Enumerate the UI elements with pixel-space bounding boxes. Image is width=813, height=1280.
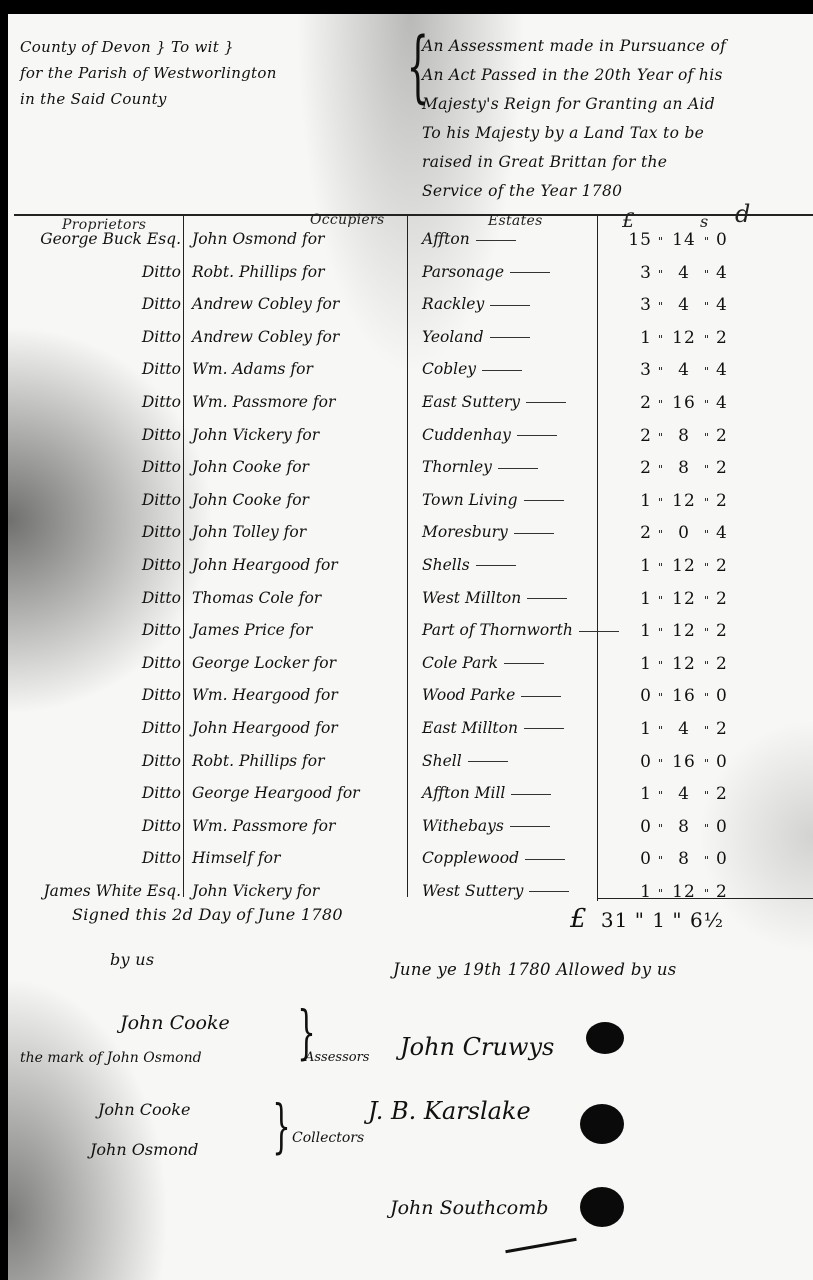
estate-cell: Moresbury [422,523,554,541]
shillings-value: 4 [670,295,698,315]
header-act-line-3: Majesty's Reign for Granting an Aid [422,90,726,119]
pence-value: 4 [716,263,738,283]
amount-separator: " [698,463,716,476]
proprietor-cell: Ditto [142,621,181,639]
estate-cell: West Suttery [422,882,569,900]
estate-dash [517,435,557,436]
collectors-brace: } [272,1092,290,1160]
occupier-cell: Andrew Cobley for [192,328,339,346]
proprietor-cell: Ditto [142,295,181,313]
amount-separator: " [698,235,716,248]
estate-dash [504,663,544,664]
proprietor-cell: Ditto [142,263,181,281]
shillings-value: 12 [670,654,698,674]
amount-separator: " [698,528,716,541]
collectors-label: Collectors [292,1130,364,1146]
amount-cell: 1"4"2 [620,719,738,739]
pence-value: 4 [716,393,738,413]
assessor-signature-john-osmond-mark: the mark of John Osmond [20,1050,202,1066]
occupier-cell: Andrew Cobley for [192,295,339,313]
pence-value: 2 [716,719,738,739]
amount-cell: 3"4"4 [620,360,738,380]
estate-name: Affton [422,230,470,248]
amount-cell: 0"8"0 [620,849,738,869]
header-act-line-4: To his Majesty by a Land Tax to be [422,119,726,148]
pence-value: 2 [716,882,738,902]
amount-separator: " [652,463,670,476]
pounds-value: 1 [620,654,652,674]
pence-value: 2 [716,654,738,674]
collector-signature-john-osmond: John Osmond [90,1140,198,1159]
occupier-cell: Robt. Phillips for [192,752,325,770]
pounds-value: 1 [620,882,652,902]
table-row: George Buck Esq.John Osmond forAffton15"… [0,230,813,263]
occupier-cell: Wm. Passmore for [192,393,335,411]
amount-separator: " [652,691,670,704]
pounds-value: 1 [620,556,652,576]
header-county-line: County of Devon } To wit } [20,34,277,60]
pounds-value: 0 [620,752,652,772]
amount-separator: " [698,691,716,704]
amount-cell: 1"4"2 [620,784,738,804]
estate-cell: Parsonage [422,263,550,281]
amount-cell: 1"12"2 [620,556,738,576]
amount-cell: 2"8"2 [620,426,738,446]
amount-separator: " [698,887,716,900]
pence-value: 2 [716,491,738,511]
amount-cell: 1"12"2 [620,882,738,902]
pounds-value: 1 [620,589,652,609]
estate-dash [579,631,619,632]
signed-date-line: Signed this 2d Day of June 1780 [72,905,343,924]
column-header-pence: d [735,200,751,228]
shillings-value: 12 [670,589,698,609]
estate-dash [490,337,530,338]
pounds-value: 0 [620,686,652,706]
estate-name: East Millton [422,719,518,737]
commissioner-signature-cruwys: John Cruwys [400,1033,554,1061]
proprietor-cell: Ditto [142,393,181,411]
amount-cell: 1"12"2 [620,491,738,511]
proprietor-cell: George Buck Esq. [40,230,181,248]
estate-dash [476,240,516,241]
occupier-cell: John Vickery for [192,426,319,444]
pence-value: 2 [716,556,738,576]
table-row: DittoHimself forCopplewood0"8"0 [0,849,813,882]
pounds-value: 2 [620,426,652,446]
estate-dash [527,598,567,599]
proprietor-cell: Ditto [142,589,181,607]
occupier-cell: John Vickery for [192,882,319,900]
occupier-cell: Wm. Heargood for [192,686,338,704]
amount-separator: " [698,333,716,346]
estate-name: Moresbury [422,523,508,541]
amount-cell: 2"0"4 [620,523,738,543]
occupier-cell: Wm. Passmore for [192,817,335,835]
amount-separator: " [652,431,670,444]
total-shillings: 1 [652,908,666,932]
pence-value: 0 [716,230,738,250]
pence-value: 2 [716,784,738,804]
proprietor-cell: Ditto [142,784,181,802]
estate-cell: Town Living [422,491,564,509]
estate-name: Rackley [422,295,484,313]
amount-separator: " [652,496,670,509]
estate-cell: Rackley [422,295,530,313]
estate-dash [524,728,564,729]
estate-name: Yeoland [422,328,484,346]
shillings-value: 16 [670,393,698,413]
shillings-value: 8 [670,458,698,478]
header-act-line-6: Service of the Year 1780 [422,177,726,206]
pence-value: 2 [716,328,738,348]
pounds-value: 3 [620,295,652,315]
header-county-said-line: in the Said County [20,86,277,112]
estate-dash [476,565,516,566]
occupier-cell: George Heargood for [192,784,360,802]
shillings-value: 12 [670,621,698,641]
table-row: DittoWm. Heargood forWood Parke0"16"0 [0,686,813,719]
estate-name: Shell [422,752,462,770]
shillings-value: 4 [670,784,698,804]
estate-name: Cobley [422,360,476,378]
estate-cell: Thornley [422,458,538,476]
pounds-value: 1 [620,328,652,348]
shillings-value: 0 [670,523,698,543]
table-row: DittoGeorge Locker forCole Park1"12"2 [0,654,813,687]
allowed-date-line: June ye 19th 1780 Allowed by us [393,960,677,979]
table-row: DittoRobt. Phillips forShell0"16"0 [0,752,813,785]
occupier-cell: Thomas Cole for [192,589,321,607]
proprietor-cell: Ditto [142,360,181,378]
proprietor-cell: Ditto [142,817,181,835]
pounds-value: 0 [620,849,652,869]
amount-cell: 2"8"2 [620,458,738,478]
wax-seal-icon [586,1022,624,1054]
pounds-value: 0 [620,817,652,837]
estate-name: Town Living [422,491,518,509]
amount-separator: " [698,789,716,802]
proprietor-cell: Ditto [142,458,181,476]
proprietor-cell: James White Esq. [43,882,181,900]
table-row: DittoWm. Passmore forEast Suttery2"16"4 [0,393,813,426]
amount-separator: " [652,365,670,378]
amount-separator: " [652,398,670,411]
amount-separator: " [652,235,670,248]
amount-separator: " [652,268,670,281]
proprietor-cell: Ditto [142,328,181,346]
table-row: DittoWm. Adams forCobley3"4"4 [0,360,813,393]
pounds-value: 2 [620,458,652,478]
amount-cell: 3"4"4 [620,263,738,283]
estate-dash [510,826,550,827]
table-row: DittoJohn Tolley forMoresbury2"0"4 [0,523,813,556]
shillings-value: 12 [670,556,698,576]
amount-separator: " [652,757,670,770]
amount-cell: 1"12"2 [620,621,738,641]
estate-cell: Shells [422,556,516,574]
column-header-pounds: £ [622,208,635,232]
wax-seal-icon [580,1187,624,1227]
estate-cell: Part of Thornworth [422,621,619,639]
estate-dash [529,891,569,892]
header-act-line-5: raised in Great Brittan for the [422,148,726,177]
header-right: An Assessment made in Pursuance of An Ac… [422,32,726,206]
estate-cell: West Millton [422,589,567,607]
pence-value: 2 [716,458,738,478]
estate-name: Cole Park [422,654,498,672]
amount-cell: 1"12"2 [620,654,738,674]
shillings-value: 12 [670,882,698,902]
pounds-value: 1 [620,784,652,804]
table-row: DittoJohn Heargood forEast Millton1"4"2 [0,719,813,752]
table-row: DittoJohn Cooke forThornley2"8"2 [0,458,813,491]
occupier-cell: John Cooke for [192,491,309,509]
estate-name: West Suttery [422,882,523,900]
amount-cell: 0"16"0 [620,686,738,706]
shillings-value: 8 [670,426,698,446]
header-act-line-2: An Act Passed in the 20th Year of his [422,61,726,90]
amount-separator: " [698,300,716,313]
occupier-cell: Robt. Phillips for [192,263,325,281]
estate-name: Affton Mill [422,784,505,802]
estate-name: Shells [422,556,470,574]
table-row: DittoAndrew Cobley forRackley3"4"4 [0,295,813,328]
amount-separator: " [698,431,716,444]
column-header-occupiers: Occupiers [310,212,384,228]
estate-cell: Shell [422,752,508,770]
pounds-value: 3 [620,263,652,283]
shillings-value: 12 [670,491,698,511]
amount-separator: " [652,594,670,607]
total-pounds: 31 [601,908,628,932]
amount-cell: 2"16"4 [620,393,738,413]
occupier-cell: George Locker for [192,654,336,672]
assessment-rows: George Buck Esq.John Osmond forAffton15"… [0,230,813,914]
proprietor-cell: Ditto [142,491,181,509]
shillings-value: 8 [670,817,698,837]
total-pound-symbol: £ [570,904,587,934]
column-header-shillings: s [700,212,709,231]
pounds-value: 2 [620,393,652,413]
pounds-value: 1 [620,621,652,641]
amount-separator: " [698,398,716,411]
occupier-cell: John Heargood for [192,556,338,574]
shillings-value: 16 [670,686,698,706]
table-row: DittoJohn Cooke forTown Living1"12"2 [0,491,813,524]
estate-name: Parsonage [422,263,504,281]
estate-dash [526,402,566,403]
estate-name: Withebays [422,817,504,835]
amount-separator: " [652,789,670,802]
amount-separator: " [652,659,670,672]
pounds-value: 1 [620,719,652,739]
estate-name: Thornley [422,458,492,476]
amount-separator: " [652,887,670,900]
proprietor-cell: Ditto [142,849,181,867]
estate-dash [510,272,550,273]
occupier-cell: Wm. Adams for [192,360,313,378]
proprietor-cell: Ditto [142,686,181,704]
amount-separator: " [698,659,716,672]
occupier-cell: John Osmond for [192,230,324,248]
estate-name: Copplewood [422,849,519,867]
estate-dash [511,794,551,795]
amount-separator: " [698,496,716,509]
pence-value: 2 [716,621,738,641]
table-row: DittoRobt. Phillips forParsonage3"4"4 [0,263,813,296]
collector-signature-john-cooke: John Cooke [98,1100,190,1119]
estate-name: East Suttery [422,393,520,411]
shillings-value: 8 [670,849,698,869]
pounds-value: 15 [620,230,652,250]
estate-cell: Wood Parke [422,686,561,704]
occupier-cell: John Heargood for [192,719,338,737]
amount-separator: " [652,626,670,639]
amount-separator: " [698,365,716,378]
amount-cell: 1"12"2 [620,328,738,348]
assessors-label: Assessors [305,1050,369,1065]
pence-value: 0 [716,817,738,837]
table-row: DittoJohn Heargood forShells1"12"2 [0,556,813,589]
header-act-line-1: An Assessment made in Pursuance of [422,32,726,61]
estate-dash [521,696,561,697]
pounds-value: 2 [620,523,652,543]
pence-value: 2 [716,589,738,609]
estate-dash [524,500,564,501]
estate-cell: East Suttery [422,393,566,411]
shillings-value: 16 [670,752,698,772]
pence-value: 4 [716,295,738,315]
amount-cell: 0"16"0 [620,752,738,772]
total-amount: £ 31 " 1 " 6½ [570,904,724,934]
amount-separator: " [652,561,670,574]
occupier-cell: James Price for [192,621,312,639]
pounds-value: 3 [620,360,652,380]
estate-dash [498,468,538,469]
amount-separator: " [698,854,716,867]
shillings-value: 4 [670,263,698,283]
estate-cell: Cole Park [422,654,544,672]
estate-cell: Copplewood [422,849,565,867]
estate-dash [490,305,530,306]
pence-value: 0 [716,752,738,772]
table-row: DittoWm. Passmore forWithebays0"8"0 [0,817,813,850]
shillings-value: 4 [670,719,698,739]
pence-value: 0 [716,849,738,869]
amount-separator: " [652,333,670,346]
wax-seal-icon [580,1104,624,1144]
column-header-estates: Estates [488,213,543,229]
proprietor-cell: Ditto [142,654,181,672]
amount-cell: 3"4"4 [620,295,738,315]
estate-cell: Cobley [422,360,522,378]
estate-cell: Cuddenhay [422,426,557,444]
pounds-value: 1 [620,491,652,511]
proprietor-cell: Ditto [142,426,181,444]
total-pence: 6½ [690,908,724,932]
shillings-value: 4 [670,360,698,380]
occupier-cell: John Tolley for [192,523,306,541]
estate-name: Wood Parke [422,686,515,704]
estate-dash [514,533,554,534]
amount-separator: " [652,300,670,313]
total-sep: " [635,908,653,932]
pence-value: 4 [716,360,738,380]
estate-cell: Withebays [422,817,550,835]
occupier-cell: John Cooke for [192,458,309,476]
estate-name: Cuddenhay [422,426,511,444]
commissioner-signature-karslake: J. B. Karslake [368,1097,531,1125]
amount-cell: 1"12"2 [620,589,738,609]
pence-value: 4 [716,523,738,543]
amount-separator: " [698,757,716,770]
shillings-value: 12 [670,328,698,348]
estate-name: West Millton [422,589,521,607]
estate-cell: Affton Mill [422,784,551,802]
table-row: DittoJohn Vickery forCuddenhay2"8"2 [0,426,813,459]
amount-separator: " [698,268,716,281]
assessor-signature-john-cooke: John Cooke [120,1012,230,1034]
estate-dash [525,859,565,860]
proprietor-cell: Ditto [142,523,181,541]
amount-separator: " [698,594,716,607]
proprietor-cell: Ditto [142,719,181,737]
amount-separator: " [652,822,670,835]
by-us-label: by us [110,950,154,969]
estate-dash [468,761,508,762]
pence-value: 2 [716,426,738,446]
amount-separator: " [698,626,716,639]
table-top-rule [14,214,813,216]
amount-cell: 0"8"0 [620,817,738,837]
header-left: County of Devon } To wit } for the Paris… [20,34,277,112]
header-parish-line: for the Parish of Westworlington [20,60,277,86]
table-row: DittoAndrew Cobley forYeoland1"12"2 [0,328,813,361]
estate-cell: East Millton [422,719,564,737]
table-row: DittoGeorge Heargood forAffton Mill1"4"2 [0,784,813,817]
estate-name: Part of Thornworth [422,621,573,639]
estate-cell: Yeoland [422,328,530,346]
proprietor-cell: Ditto [142,556,181,574]
shillings-value: 14 [670,230,698,250]
pence-value: 0 [716,686,738,706]
amount-separator: " [698,724,716,737]
amount-separator: " [698,822,716,835]
table-row: DittoThomas Cole forWest Millton1"12"2 [0,589,813,622]
estate-dash [482,370,522,371]
total-sep: " [672,908,690,932]
amount-separator: " [698,561,716,574]
occupier-cell: Himself for [192,849,280,867]
table-row: DittoJames Price forPart of Thornworth1"… [0,621,813,654]
commissioner-signature-southcomb: John Southcomb [390,1197,548,1219]
amount-separator: " [652,528,670,541]
amount-separator: " [652,854,670,867]
proprietor-cell: Ditto [142,752,181,770]
amount-cell: 15"14"0 [620,230,738,250]
estate-cell: Affton [422,230,516,248]
amount-separator: " [652,724,670,737]
